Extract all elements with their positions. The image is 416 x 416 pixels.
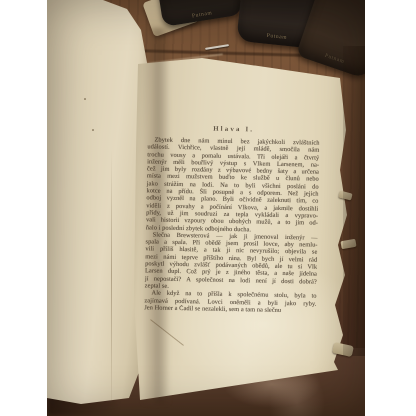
spine-label: Putnam — [266, 33, 287, 41]
photo-of-open-book: Putnam Putnam Putnam Hlava I. Zbytek dne… — [47, 0, 365, 416]
photo-canvas: Putnam Putnam Putnam Hlava I. Zbytek dne… — [0, 0, 416, 416]
page-crease — [111, 150, 112, 400]
open-book-right-page: Hlava I. Zbytek dne nám minul bez jakých… — [132, 50, 352, 402]
table-debris — [205, 44, 229, 49]
spine-label: Putnam — [192, 10, 213, 19]
chapter-heading: Hlava I. — [148, 124, 320, 134]
spine-label: Putnam — [324, 53, 345, 65]
foxing-speck — [84, 98, 86, 100]
right-edge-wood-shadow — [343, 46, 365, 356]
page-tear — [340, 239, 356, 249]
page-text: Hlava I. Zbytek dne nám minul bez jakých… — [144, 124, 320, 314]
background-book-spine-1: Putnam — [155, 0, 242, 27]
foxing-speck — [92, 129, 94, 131]
page-fold-crease — [150, 319, 184, 346]
